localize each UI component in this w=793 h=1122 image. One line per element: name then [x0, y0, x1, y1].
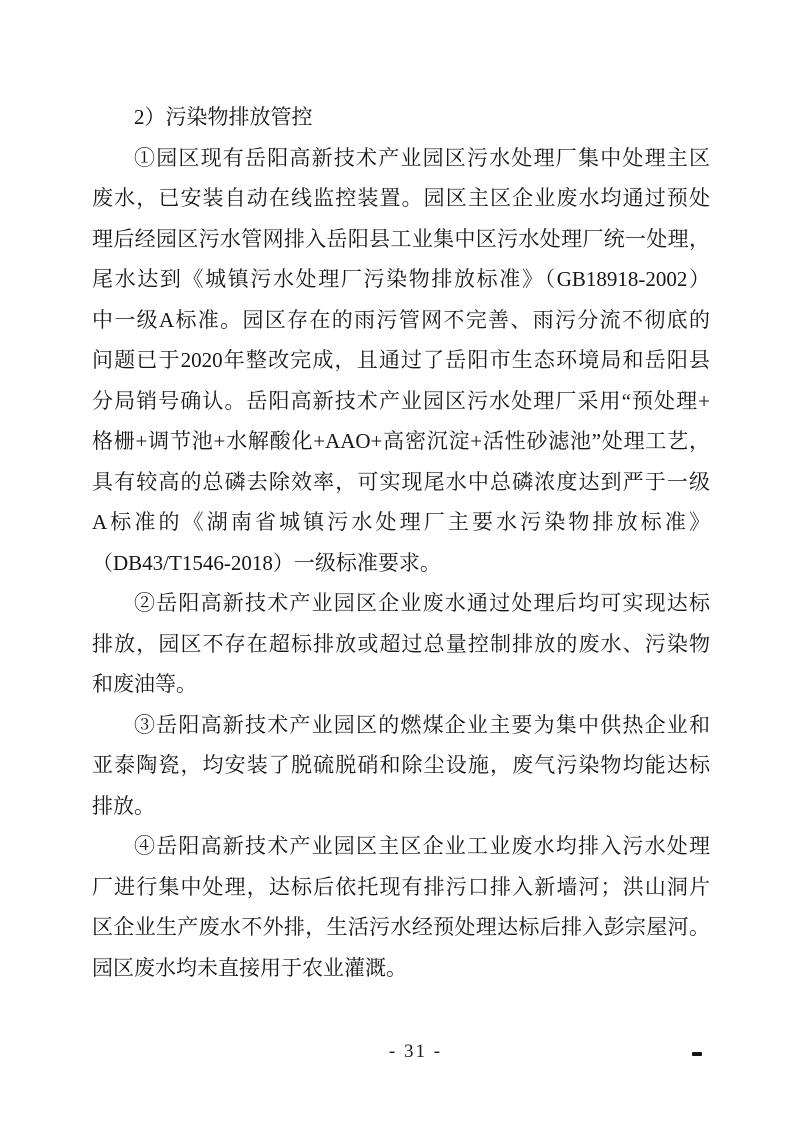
page-footer: - 31 - — [0, 1041, 793, 1064]
text-line: （DB43/T1546-2018）一级标准要求。 — [92, 543, 710, 584]
text-line: 问题已于2020年整改完成，且通过了岳阳市生态环境局和岳阳县 — [92, 340, 710, 381]
text-line: 中一级A标准。园区存在的雨污管网不完善、雨污分流不彻底的 — [92, 300, 710, 341]
text-line: 和废油等。 — [92, 664, 710, 705]
text-line: ②岳阳高新技术产业园区企业废水通过处理后均可实现达标 — [92, 583, 710, 624]
text-line: 废水，已安装自动在线监控装置。园区主区企业废水均通过预处 — [92, 178, 710, 219]
page-number: - 31 - — [389, 1041, 442, 1064]
document-page: 2）污染物排放管控 ①园区现有岳阳高新技术产业园区污水处理厂集中处理主区废水，已… — [0, 0, 793, 1122]
text-line: 排放，园区不存在超标排放或超过总量控制排放的废水、污染物 — [92, 624, 710, 665]
text-line: 分局销号确认。岳阳高新技术产业园区污水处理厂采用“预处理+ — [92, 381, 710, 422]
text-line: ④岳阳高新技术产业园区主区企业工业废水均排入污水处理 — [92, 826, 710, 867]
margin-dash-mark — [692, 1052, 702, 1056]
document-body: 2）污染物排放管控 ①园区现有岳阳高新技术产业园区污水处理厂集中处理主区废水，已… — [92, 97, 710, 988]
text-line: 厂进行集中处理，达标后依托现有排污口排入新墙河；洪山洞片 — [92, 867, 710, 908]
text-line: ①园区现有岳阳高新技术产业园区污水处理厂集中处理主区 — [92, 138, 710, 179]
text-line: 亚泰陶瓷，均安装了脱硫脱硝和除尘设施，废气污染物均能达标 — [92, 745, 710, 786]
paragraphs-container: ①园区现有岳阳高新技术产业园区污水处理厂集中处理主区废水，已安装自动在线监控装置… — [92, 138, 710, 989]
section-heading: 2）污染物排放管控 — [92, 97, 710, 138]
text-line: 理后经园区污水管网排入岳阳县工业集中区污水处理厂统一处理， — [92, 219, 710, 260]
text-line: 格栅+调节池+水解酸化+AAO+高密沉淀+活性砂滤池”处理工艺， — [92, 421, 710, 462]
text-line: 具有较高的总磷去除效率，可实现尾水中总磷浓度达到严于一级 — [92, 462, 710, 503]
text-line: 区企业生产废水不外排，生活污水经预处理达标后排入彭宗屋河。 — [92, 907, 710, 948]
text-line: 尾水达到《城镇污水处理厂污染物排放标准》（GB18918-2002） — [92, 259, 710, 300]
text-line: ③岳阳高新技术产业园区的燃煤企业主要为集中供热企业和 — [92, 705, 710, 746]
text-line: 园区废水均未直接用于农业灌溉。 — [92, 948, 710, 989]
text-line: 排放。 — [92, 786, 710, 827]
text-line: A标准的《湖南省城镇污水处理厂主要水污染物排放标准》 — [92, 502, 710, 543]
